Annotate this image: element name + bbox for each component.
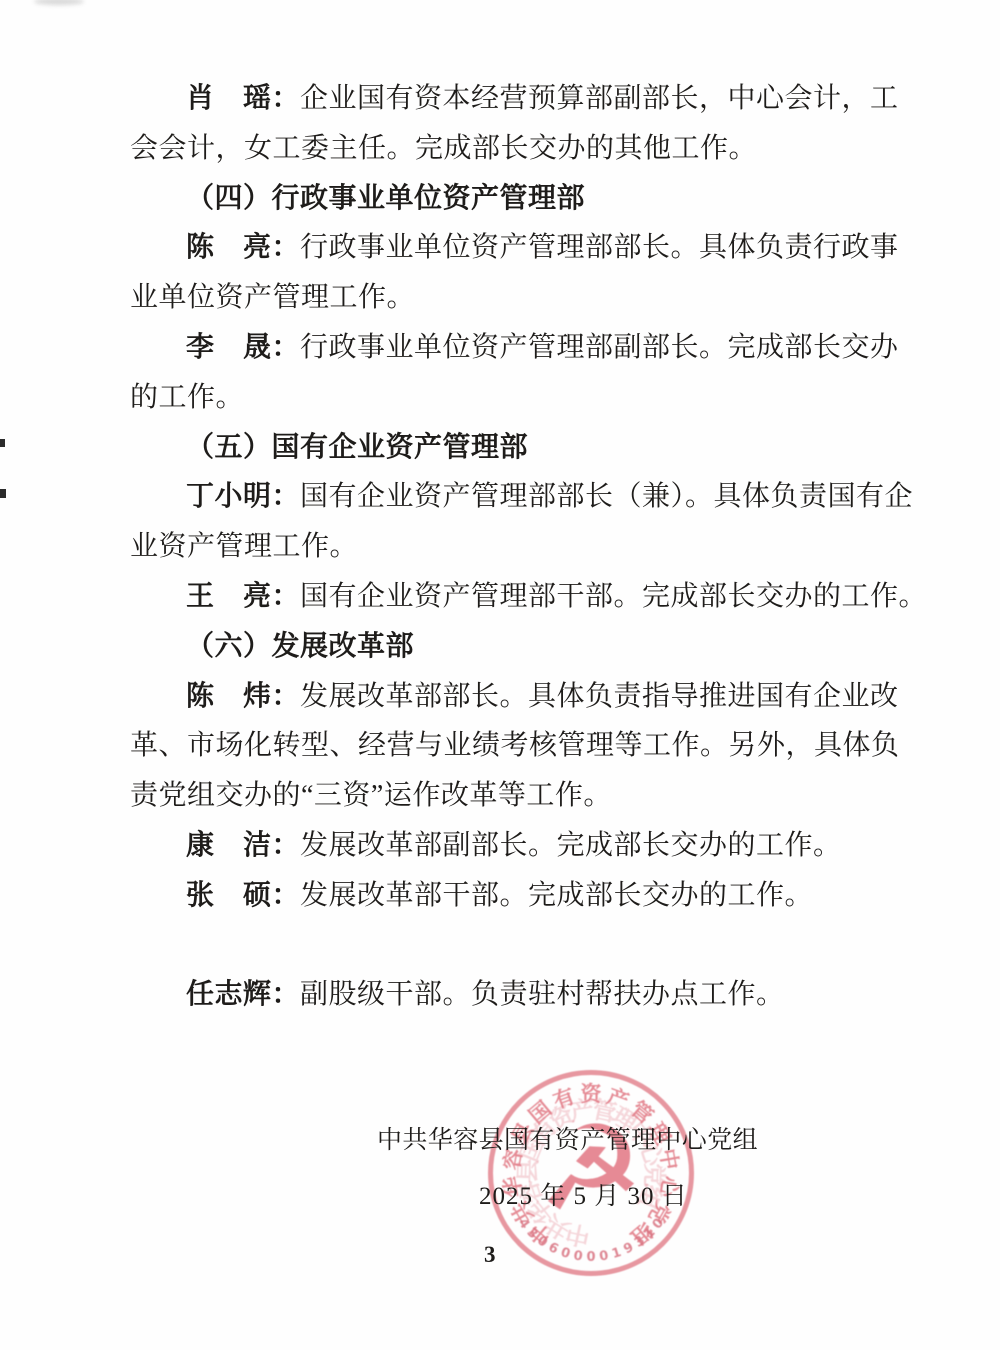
text-line: 李 晟：行政事业单位资产管理部副部长。完成部长交办 [130,323,940,373]
emphasis-text: 王 亮： [186,581,300,612]
text-line: 丁小明：国有企业资产管理部部长（兼）。具体负责国有企 [130,472,940,522]
body-text: 发展改革部部长。具体负责指导推进国有企业改 [300,681,899,712]
text-line: 张 硕：发展改革部干部。完成部长交办的工作。 [130,871,940,921]
text-line: 康 洁：发展改革部副部长。完成部长交办的工作。 [130,821,940,871]
section-heading: （六）发展改革部 [130,622,940,672]
body-text: 业资产管理工作。 [130,531,358,562]
emphasis-text: 张 硕： [186,880,300,911]
signature-date: 2025 年 5 月 30 日 [479,1180,688,1214]
body-text: 行政事业单位资产管理部部长。具体负责行政事 [300,232,899,263]
body-text: 会会计，女工委主任。完成部长交办的其他工作。 [130,133,757,164]
text-line: 王 亮：国有企业资产管理部干部。完成部长交办的工作。 [130,572,940,622]
text-line: 责党组交办的“三资”运作改革等工作。 [130,771,940,821]
text-line [130,921,940,971]
body-text: 发展改革部干部。完成部长交办的工作。 [300,880,813,911]
document-page: 肖 瑶：企业国有资本经营预算部副部长，中心会计，工会会计，女工委主任。完成部长交… [0,0,1000,1350]
page-number: 3 [484,1240,496,1270]
emphasis-text: 李 晟： [186,332,300,363]
body-text: 的工作。 [130,382,244,413]
text-line: 业单位资产管理工作。 [130,273,940,323]
scan-edge-mark [0,489,6,498]
emphasis-text: 丁小明： [186,481,300,512]
emphasis-text: （六）发展改革部 [186,631,414,662]
emphasis-text: 任志辉： [186,979,300,1010]
text-line: 陈 炜：发展改革部部长。具体负责指导推进国有企业改 [130,672,940,722]
body-text: 企业国有资本经营预算部副部长，中心会计，工 [300,83,899,114]
section-heading: （四）行政事业单位资产管理部 [130,174,940,224]
emphasis-text: 康 洁： [186,830,300,861]
text-line: 陈 亮：行政事业单位资产管理部部长。具体负责行政事 [130,223,940,273]
text-line: 任志辉：副股级干部。负责驻村帮扶办点工作。 [130,970,940,1020]
emphasis-text: 陈 亮： [186,232,300,263]
text-line: 会会计，女工委主任。完成部长交办的其他工作。 [130,124,940,174]
scan-smudge-artifact [34,0,84,5]
text-line: 业资产管理工作。 [130,522,940,572]
text-line: 肖 瑶：企业国有资本经营预算部副部长，中心会计，工 [130,74,940,124]
section-heading: （五）国有企业资产管理部 [130,423,940,473]
body-text: 革、市场化转型、经营与业绩考核管理等工作。另外，具体负 [130,730,900,761]
document-body: 肖 瑶：企业国有资本经营预算部副部长，中心会计，工会会计，女工委主任。完成部长交… [130,74,940,1020]
body-text: 副股级干部。负责驻村帮扶办点工作。 [300,979,785,1010]
emphasis-text: 陈 炜： [186,681,300,712]
body-text: 国有企业资产管理部部长（兼）。具体负责国有企 [300,481,913,512]
body-text: 国有企业资产管理部干部。完成部长交办的工作。 [300,581,927,612]
body-text: 责党组交办的“三资”运作改革等工作。 [130,780,612,811]
official-seal: ☭ 中共华容县国有资产管理中心党组中共华容县国有资产管理中心党组43060000… [488,1070,694,1276]
emphasis-text: （五）国有企业资产管理部 [186,432,528,463]
signature-org-name: 中共华容县国有资产管理中心党组 [377,1124,758,1158]
emphasis-text: 肖 瑶： [186,83,300,114]
emphasis-text: （四）行政事业单位资产管理部 [186,183,585,214]
scan-edge-mark [0,439,5,447]
text-line: 的工作。 [130,373,940,423]
body-text: 发展改革部副部长。完成部长交办的工作。 [300,830,842,861]
text-line: 革、市场化转型、经营与业绩考核管理等工作。另外，具体负 [130,721,940,771]
body-text: 业单位资产管理工作。 [130,282,415,313]
body-text: 行政事业单位资产管理部副部长。完成部长交办 [300,332,899,363]
